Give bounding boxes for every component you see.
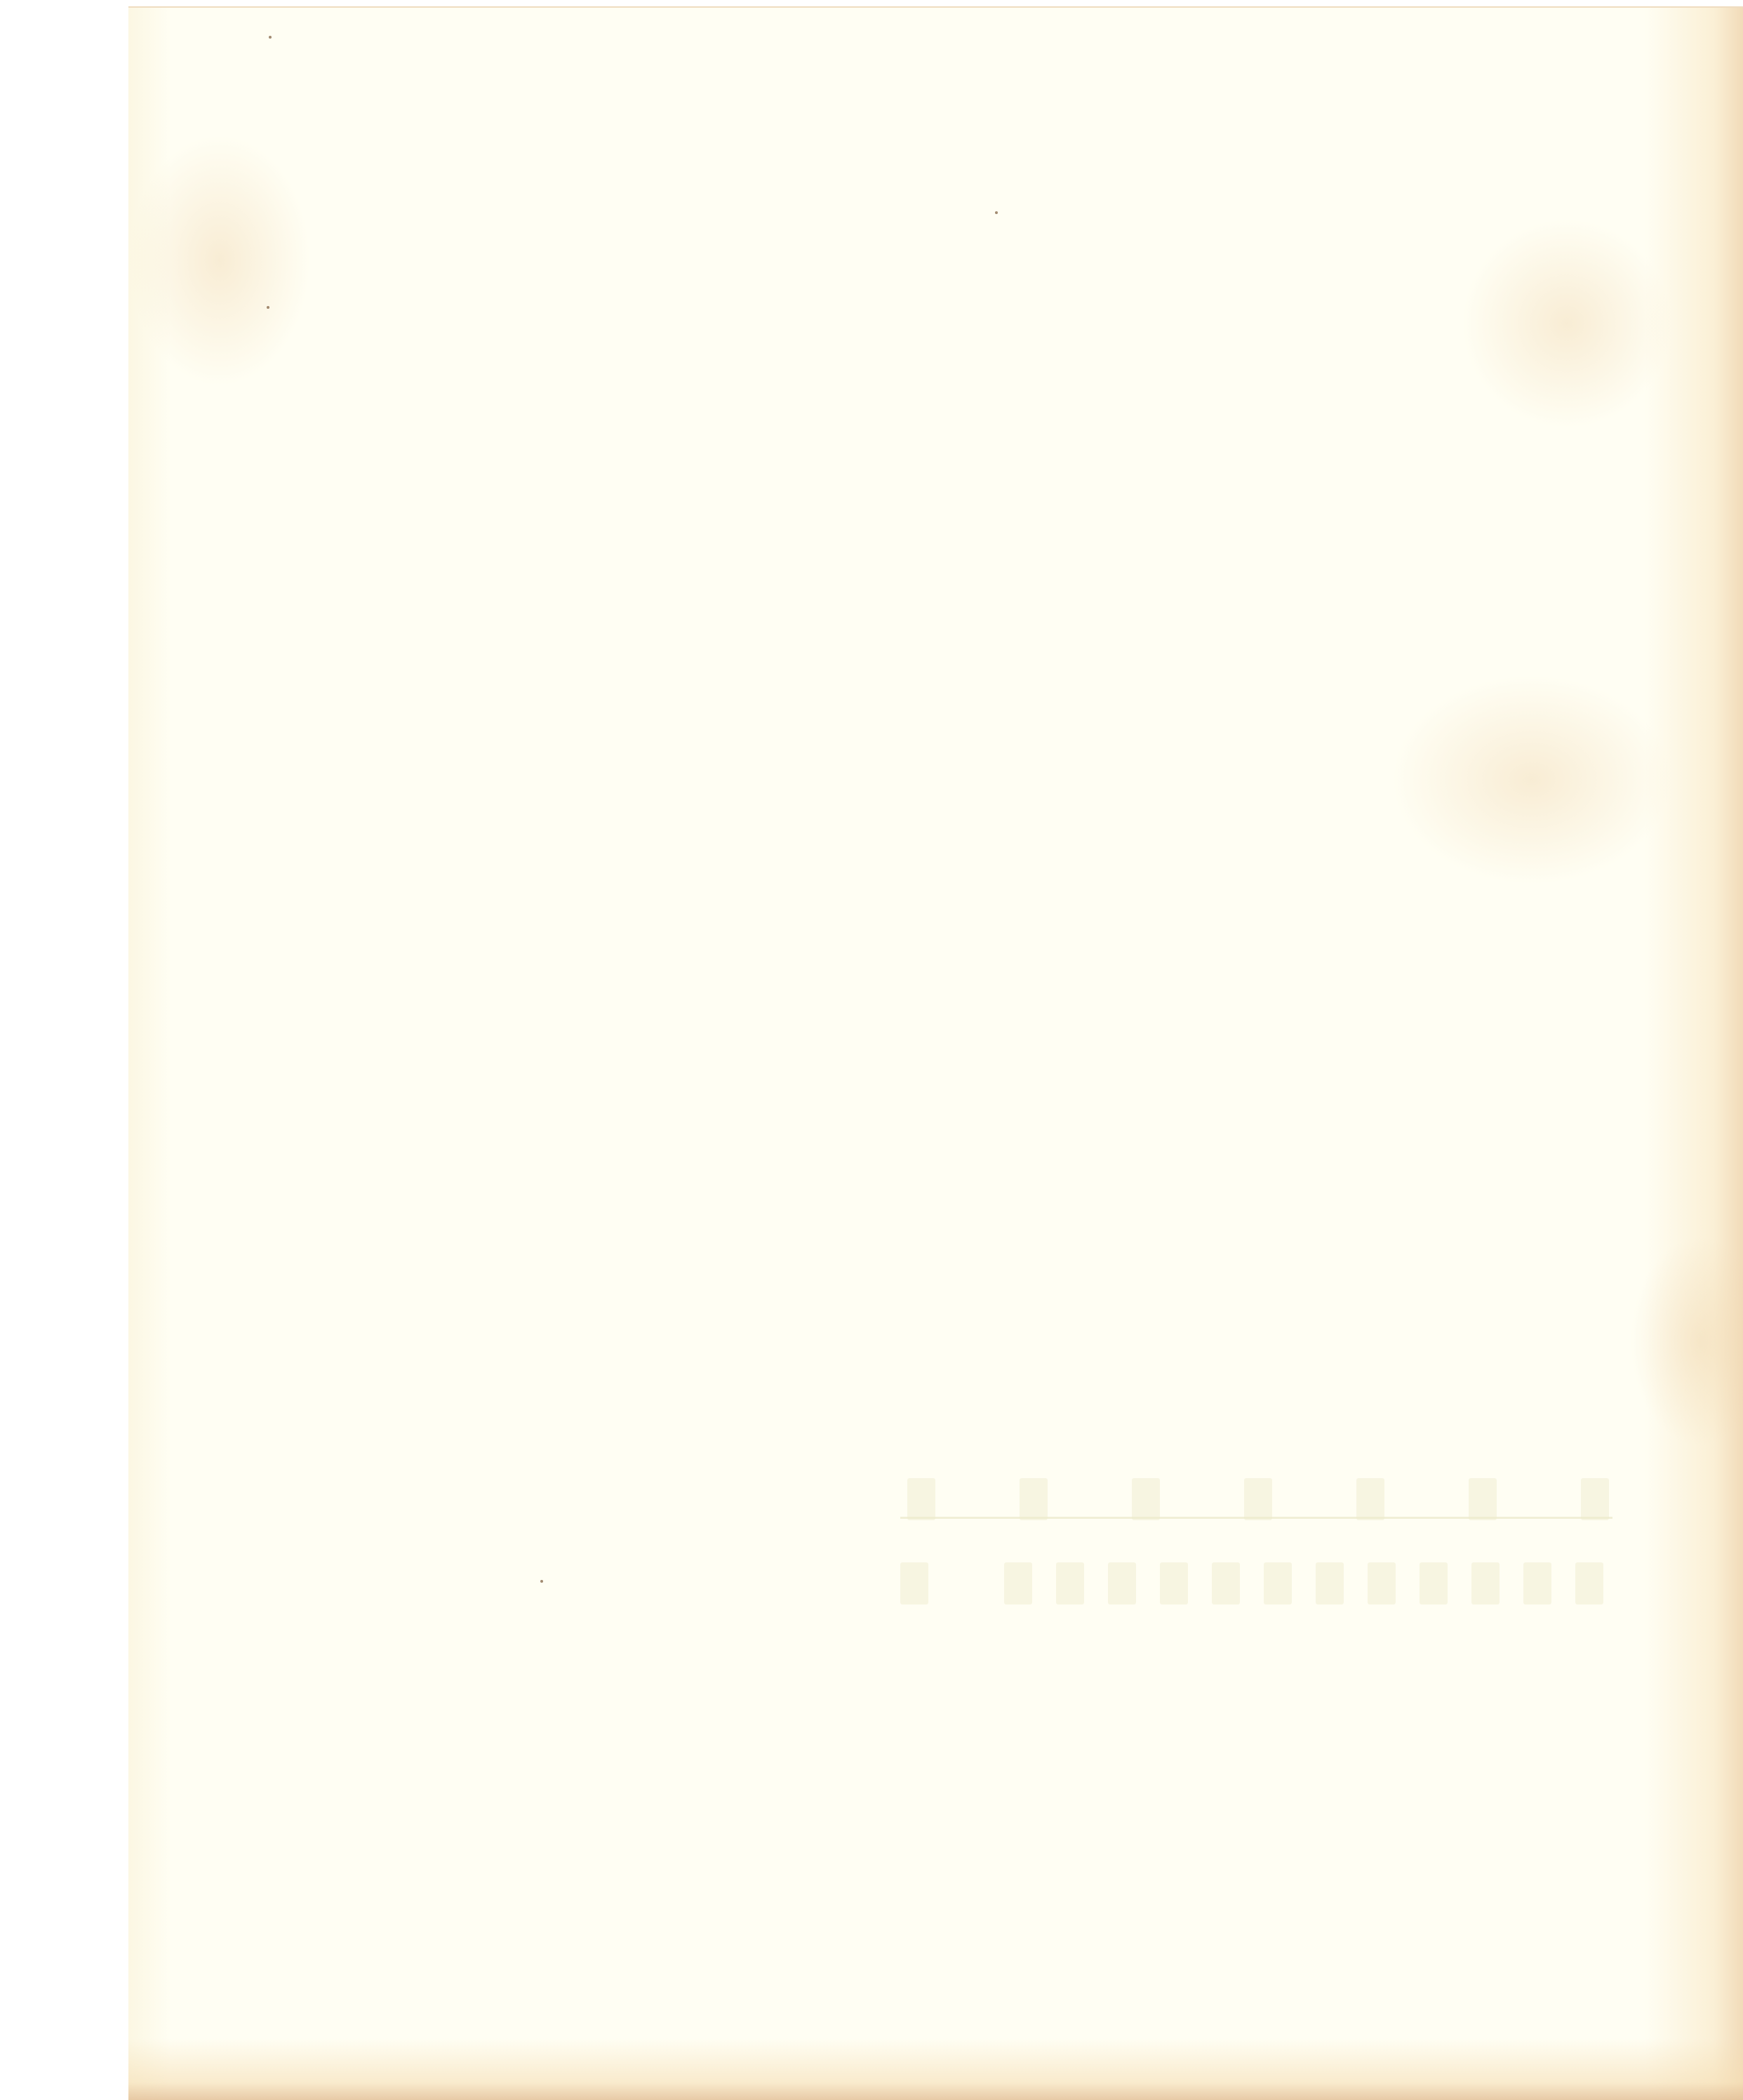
- paper-stain: [128, 134, 311, 387]
- dust-speck: [267, 306, 269, 309]
- dust-speck: [540, 1580, 543, 1583]
- show-through-text-row: [900, 1562, 1603, 1604]
- paper-stain: [1462, 218, 1672, 429]
- dust-speck: [269, 36, 272, 39]
- show-through-text-row: [907, 1478, 1609, 1520]
- dust-speck: [995, 211, 998, 214]
- paper-stain: [1391, 674, 1672, 885]
- scanned-page: [128, 6, 1743, 2100]
- page-bottom-aging: [128, 2038, 1743, 2100]
